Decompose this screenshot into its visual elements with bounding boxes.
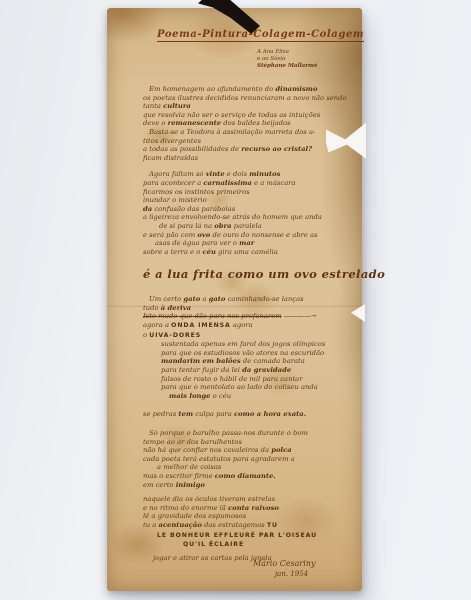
poem-line: Agora faltam só vinte e dois minutos bbox=[149, 170, 363, 179]
poem-line-segment: é a lua frita como um ovo estrelado bbox=[143, 267, 385, 281]
poem-line: mas o escritor firme como diamante. bbox=[143, 472, 363, 481]
poem-line: para que o mentolato ao lado do coliseu … bbox=[161, 383, 363, 392]
poem-line-segment: agora a bbox=[143, 321, 171, 329]
poem-line-segment: para acontecer a bbox=[143, 179, 203, 187]
poem-line: naquele dia os óculos tiveram estrelas bbox=[143, 495, 363, 504]
poem-line-segment: para que os estudiosos vão atores na esc… bbox=[161, 349, 324, 357]
poem-line-segment: lê a gravidade dos espumosos bbox=[143, 512, 246, 520]
poem-line-segment: em certo bbox=[143, 481, 176, 489]
poem-line: a melhor de coisas bbox=[157, 463, 363, 472]
poem-line: LE BONHEUR EFFLEURÉ PAR L'OISEAU bbox=[157, 531, 363, 541]
poem-line-segment: sustentada apenas em farol dos jogos olí… bbox=[161, 340, 325, 348]
poem-line: e será pão com ovo de ouro do nonsense e… bbox=[143, 231, 363, 240]
poem-line-segment: que resolvia não ser o serviço de todas … bbox=[143, 111, 320, 119]
poem-line-segment: cultura bbox=[163, 102, 191, 110]
poem-line-segment: como a hora exata. bbox=[234, 410, 306, 418]
poem-line: tu a acentuação das estratagemas TU bbox=[143, 521, 363, 531]
poem-line-segment: tanta bbox=[143, 102, 163, 110]
poem-line-segment: de camada barata bbox=[241, 357, 305, 365]
poem-body: Em homenagem ao afundamento do dinamismo… bbox=[143, 85, 363, 562]
poem-line: sobre a terra e o céu gira uma camélia bbox=[143, 248, 363, 257]
poem-line: de si para lá na obra paralela bbox=[159, 222, 363, 231]
poem-line-segment: gato bbox=[183, 295, 200, 303]
poem-line: o UIVA-DORES bbox=[143, 331, 363, 341]
poem-line-segment: Agora faltam só bbox=[149, 170, 206, 178]
poem-line-segment: a todas as possibilidades de bbox=[143, 145, 241, 153]
manuscript-paper: Poema-Pintura-Colagem-Colagem A Ana Elis… bbox=[107, 8, 362, 591]
poem-line-segment: à deriva bbox=[161, 304, 191, 312]
dedication-block: A Ana Elisae ao SósiaStéphane Mallarmé bbox=[257, 49, 317, 70]
poem-line-segment: a ligeireza envolvendo-se atrás do homem… bbox=[143, 213, 322, 221]
poem-line-segment: titos divergentes bbox=[143, 137, 201, 145]
poem-line: em certo inimigo bbox=[143, 481, 363, 490]
poem-line-segment: tem bbox=[178, 410, 193, 418]
poem-line: Em homenagem ao afundamento do dinamismo bbox=[149, 85, 363, 94]
poem-line-segment: conta raivoso bbox=[228, 504, 279, 512]
poem-line-segment: e será pão com bbox=[143, 231, 197, 239]
dedication-line: e ao Sósia bbox=[257, 56, 317, 63]
poem-line-segment: e a máscara bbox=[252, 179, 296, 187]
signature-name: Mário Cesariny bbox=[253, 559, 316, 569]
poem-line-segment: da gravidade bbox=[242, 366, 291, 374]
poem-line-segment: dos baldes beijados bbox=[221, 119, 291, 127]
poem-line-segment: gira uma camélia bbox=[216, 248, 278, 256]
poem-line-segment: culpa para bbox=[193, 410, 234, 418]
poem-line-segment: a melhor de coisas bbox=[157, 463, 221, 471]
poem-line-segment: como diamante. bbox=[215, 472, 276, 480]
poem-line-segment: obra bbox=[214, 222, 231, 230]
signature-date: jan. 1954 bbox=[253, 569, 316, 579]
poem-line: deve o remanescente dos baldes beijados bbox=[143, 119, 363, 128]
poem-line: sustentada apenas em farol dos jogos olí… bbox=[161, 340, 363, 349]
poem-line-segment: acentuação bbox=[158, 521, 201, 529]
poem-line-segment: agora bbox=[231, 321, 253, 329]
poem-line: ficarmos os instintos primeiros bbox=[143, 188, 363, 197]
photo-background: Poema-Pintura-Colagem-Colagem A Ana Elis… bbox=[0, 0, 471, 600]
poem-line: agora a ONDA IMENSA agora bbox=[143, 321, 363, 331]
poem-line-segment: Em homenagem ao afundamento do bbox=[149, 85, 275, 93]
poem-line-segment: ovo bbox=[197, 231, 210, 239]
poem-line: QU'IL ÉCLAIRE bbox=[183, 540, 363, 550]
poem-line-segment: mas o escritor firme bbox=[143, 472, 215, 480]
poem-line-segment: confusão das parábolas bbox=[152, 205, 235, 213]
poem-line-segment: céu bbox=[202, 248, 215, 256]
poem-line: ficam distraídas bbox=[143, 154, 363, 163]
poem-line-segment: ONDA IMENSA bbox=[171, 322, 231, 329]
poem-line-segment: paralela bbox=[231, 222, 261, 230]
poem-line: inundar o mistério bbox=[143, 196, 363, 205]
poem-line-segment: Um certo bbox=[149, 295, 183, 303]
poem-line-segment: a bbox=[200, 295, 208, 303]
poem-line-segment: sobre a terra e o bbox=[143, 248, 202, 256]
poem-line: mandarim em balões de camada barata bbox=[161, 357, 363, 366]
dedication-line: A Ana Elisa bbox=[257, 49, 317, 56]
poem-line: Um certo gato a gato caminhando-se lança… bbox=[149, 295, 363, 304]
poem-line: mais longe o céu bbox=[169, 392, 363, 401]
poem-line-segment: UIVA-DORES bbox=[149, 332, 201, 339]
poem-line-segment: ————→ bbox=[282, 312, 317, 320]
poem-line-segment: tu a bbox=[143, 521, 158, 529]
poem-line-segment: se pedras bbox=[143, 410, 178, 418]
poem-line: não há que confiar nos cavaleiros da pol… bbox=[143, 446, 363, 455]
poem-line-segment: inimigo bbox=[176, 481, 205, 489]
dedication-line: Stéphane Mallarmé bbox=[257, 63, 317, 70]
poem-line-segment: LE BONHEUR EFFLEURÉ PAR L'OISEAU bbox=[157, 532, 317, 539]
poem-line-segment: da bbox=[143, 205, 152, 213]
poem-line-segment: os poetas ilustres decididos renunciaram… bbox=[143, 94, 347, 102]
poem-line-segment: asas de água para ver o bbox=[155, 239, 239, 247]
poem-line-segment: para que o mentolato ao lado do coliseu … bbox=[161, 383, 318, 391]
poem-line-segment: naquele dia os óculos tiveram estrelas bbox=[143, 495, 275, 503]
signature-block: Mário Cesariny jan. 1954 bbox=[253, 559, 316, 579]
poem-line-segment: e dois bbox=[225, 170, 250, 178]
poem-line-segment: ficarmos os instintos primeiros bbox=[143, 188, 250, 196]
poem-line-segment: tempo ao ar dos barulhentos bbox=[143, 438, 242, 446]
poem-line: e no ritmo do enorme lã conta raivoso bbox=[143, 504, 363, 513]
poem-line-segment: carnalíssima bbox=[203, 179, 251, 187]
poem-line-segment: o céu bbox=[211, 392, 232, 400]
poem-line: para tentar fugir da lei da gravidade bbox=[161, 366, 363, 375]
poem-line-segment: Só porque o barulho passa-nos durante o … bbox=[149, 429, 308, 437]
poem-line-segment: ficam distraídas bbox=[143, 154, 198, 162]
poem-line-segment: recurso ao cristal? bbox=[241, 145, 312, 153]
poem-line-segment: mandarim em balões bbox=[161, 357, 241, 365]
poem-line: para acontecer a carnalíssima e a máscar… bbox=[143, 179, 363, 188]
poem-line-segment: Basta-se a Teodora à assimilação marreta… bbox=[149, 128, 315, 136]
poem-line-segment: inundar o mistério bbox=[143, 196, 207, 204]
poem-line: tempo ao ar dos barulhentos bbox=[143, 438, 363, 447]
poem-line: falsos de rosto o hábil de mil para cant… bbox=[161, 375, 363, 384]
poem-line: a ligeireza envolvendo-se atrás do homem… bbox=[143, 213, 363, 222]
poem-line-segment: deve o bbox=[143, 119, 168, 127]
poem-line-segment: para tentar fugir da lei bbox=[161, 366, 242, 374]
poem-line: que resolvia não ser o serviço de todas … bbox=[143, 111, 363, 120]
poem-line-segment: Isto mudo que dão para nos profanarem bbox=[143, 312, 282, 320]
poem-line-segment: de si para lá na bbox=[159, 222, 214, 230]
poem-line-segment: remanescente bbox=[168, 119, 221, 127]
poem-line: é a lua frita como um ovo estrelado bbox=[143, 266, 363, 283]
poem-line-segment: e no ritmo do enorme lã bbox=[143, 504, 228, 512]
poem-line-segment: polca bbox=[271, 446, 291, 454]
poem-line-segment: mais longe bbox=[169, 392, 211, 400]
poem-line-segment: das estratagemas bbox=[202, 521, 267, 529]
poem-line-segment: TU bbox=[267, 522, 278, 529]
poem-line-segment: cada poeta terá estatutos para agradarem… bbox=[143, 455, 295, 463]
poem-line: para que os estudiosos vão atores na esc… bbox=[161, 349, 363, 358]
poem-line-segment: gato bbox=[209, 295, 226, 303]
poem-line-segment: de ouro do nonsense e abre as bbox=[210, 231, 317, 239]
poem-line: cada poeta terá estatutos para agradarem… bbox=[143, 455, 363, 464]
poem-line: Só porque o barulho passa-nos durante o … bbox=[149, 429, 363, 438]
poem-line-segment: dinamismo bbox=[275, 85, 317, 93]
poem-line: asas de água para ver o mar bbox=[155, 239, 363, 248]
poem-line-segment: vinte bbox=[206, 170, 225, 178]
poem-line-segment: tudo bbox=[143, 304, 161, 312]
poem-line: da confusão das parábolas bbox=[143, 205, 363, 214]
poem-line: se pedras tem culpa para como a hora exa… bbox=[143, 410, 363, 419]
poem-line: Isto mudo que dão para nos profanarem ——… bbox=[143, 312, 363, 321]
poem-line-segment: mar bbox=[239, 239, 254, 247]
poem-line: lê a gravidade dos espumosos bbox=[143, 512, 363, 521]
poem-line: tanta cultura bbox=[143, 102, 363, 111]
poem-line: tudo à deriva bbox=[143, 304, 363, 313]
poem-line-segment: minutos bbox=[249, 170, 280, 178]
poem-line-segment: falsos de rosto o hábil de mil para cant… bbox=[161, 375, 302, 383]
poem-line-segment: caminhando-se lanças bbox=[225, 295, 303, 303]
poem-title: Poema-Pintura-Colagem-Colagem bbox=[157, 29, 364, 42]
poem-line-segment: não há que confiar nos cavaleiros da bbox=[143, 446, 271, 454]
poem-line: os poetas ilustres decididos renunciaram… bbox=[143, 94, 363, 103]
poem-line-segment: QU'IL ÉCLAIRE bbox=[183, 541, 244, 548]
